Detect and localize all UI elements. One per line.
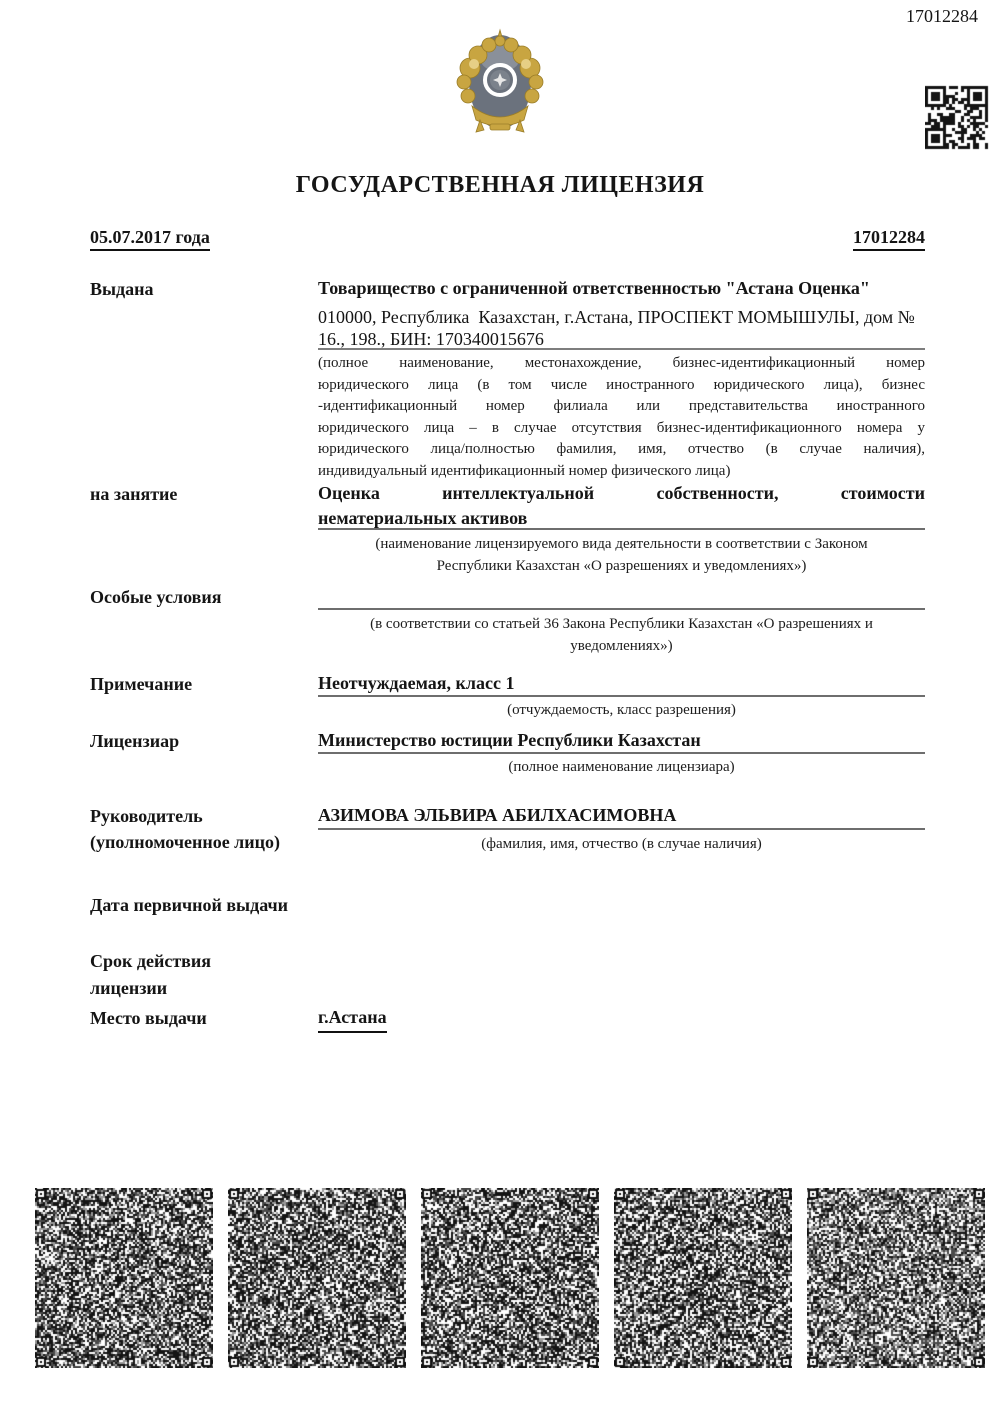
field-label-special-conditions: Особые условия xyxy=(90,584,315,610)
issue-place-text: г.Астана xyxy=(318,1005,387,1033)
license-number: 17012284 xyxy=(853,227,925,251)
issued-to-caption: (полное наименование, местонахождение, б… xyxy=(318,353,925,482)
field-label-issued-to: Выдана xyxy=(90,276,315,302)
field-label-activity: на занятие xyxy=(90,481,315,507)
head-caption: (фамилия, имя, отчество (в случае наличи… xyxy=(318,834,925,856)
barcode-3-icon xyxy=(421,1188,599,1368)
field-label-licensor: Лицензиар xyxy=(90,728,315,754)
barcode-2-icon xyxy=(228,1188,406,1368)
activity-value: Оценка интеллектуальной собственности, с… xyxy=(318,481,925,531)
rule-under-licensor xyxy=(318,752,925,754)
barcode-5-icon xyxy=(807,1188,985,1368)
license-document: 17012284 xyxy=(0,0,1000,1414)
head-name: АЗИМОВА ЭЛЬВИРА АБИЛХАСИМОВНА xyxy=(318,803,925,828)
note-value: Неотчуждаемая, класс 1 xyxy=(318,671,925,696)
issued-to-name: Товарищество с ограниченной ответственно… xyxy=(318,276,925,301)
field-label-head-2: (уполномоченное лицо) xyxy=(90,829,315,855)
rule-under-head xyxy=(318,828,925,830)
barcode-strip xyxy=(0,1188,1000,1368)
field-label-issue-place: Место выдачи xyxy=(90,1005,315,1031)
field-label-first-issue-date: Дата первичной выдачи xyxy=(90,892,315,918)
rule-under-activity xyxy=(318,528,925,530)
field-label-validity: Срок действия xyxy=(90,948,315,974)
document-title: ГОСУДАРСТВЕННАЯ ЛИЦЕНЗИЯ xyxy=(0,172,1000,199)
licensor-value: Министерство юстиции Республики Казахста… xyxy=(318,728,925,753)
activity-caption: (наименование лицензируемого вида деятел… xyxy=(318,534,925,577)
barcode-1-icon xyxy=(35,1188,213,1368)
issue-place-value: г.Астана xyxy=(318,1005,925,1033)
note-caption: (отчуждаемость, класс разрешения) xyxy=(318,700,925,722)
special-conditions-caption: (в соответствии со статьей 36 Закона Рес… xyxy=(318,614,925,657)
field-label-note: Примечание xyxy=(90,671,315,697)
field-label-validity-2: лицензии xyxy=(90,975,315,1001)
issue-date: 05.07.2017 года xyxy=(90,227,210,251)
qr-code-icon xyxy=(925,85,989,151)
issued-to-address: 010000, Республика Казахстан, г.Астана, … xyxy=(318,306,925,350)
corner-license-number: 17012284 xyxy=(906,6,978,27)
licensor-caption: (полное наименование лицензиара) xyxy=(318,757,925,779)
rule-under-issued xyxy=(318,348,925,350)
rule-under-note xyxy=(318,695,925,697)
rule-under-special xyxy=(318,608,925,610)
field-label-head: Руководитель xyxy=(90,803,315,829)
barcode-4-icon xyxy=(614,1188,792,1368)
kazakhstan-emblem-icon xyxy=(450,28,550,138)
